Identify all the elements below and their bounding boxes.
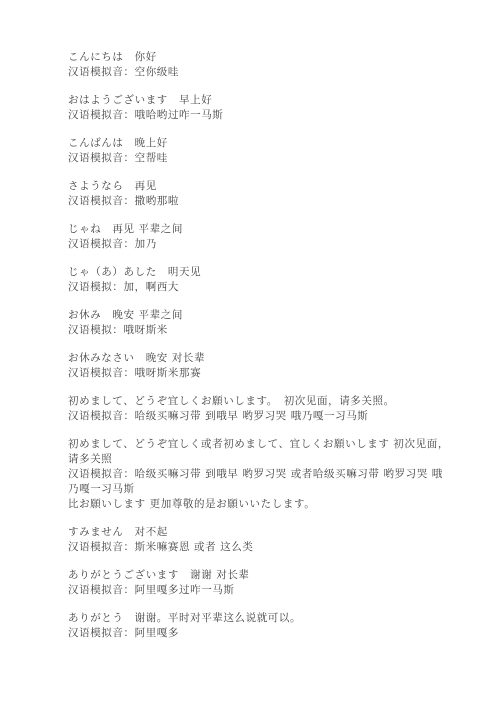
- chinese-pronunciation-line: 汉语模拟：哦呀斯米: [68, 323, 468, 338]
- chinese-pronunciation-line: 汉语模拟音：哈级买嘛习带 到哦早 哟罗习哭 哦乃嘎一习马斯: [68, 409, 468, 424]
- phrase-entry: さようなら 再见 汉语模拟音：撒哟那啦: [68, 179, 468, 209]
- japanese-phrase-line: お休み 晚安 平辈之间: [68, 308, 468, 323]
- chinese-pronunciation-line: 汉语模拟音：撒哟那啦: [68, 194, 468, 209]
- chinese-pronunciation-line: 汉语模拟音：空帮哇: [68, 151, 468, 166]
- phrase-list: こんにちは 你好 汉语模拟音：空你级哇 おはようございます 早上好 汉语模拟音：…: [68, 50, 468, 654]
- japanese-phrase-line: すみません 对不起: [68, 525, 468, 540]
- chinese-pronunciation-line: 汉语模拟音：加乃: [68, 237, 468, 252]
- japanese-phrase-line: おはようございます 早上好: [68, 93, 468, 108]
- phrase-entry: ありがとう 谢谢。平时对平辈这么说就可以。 汉语模拟音：阿里嘎多: [68, 611, 468, 641]
- phrase-entry: こんにちは 你好 汉语模拟音：空你级哇: [68, 50, 468, 80]
- phrase-entry: じゃ（あ）あした 明天见 汉语模拟：加，啊西大: [68, 265, 468, 295]
- phrase-entry: 初めまして、どうぞ宜しく或者初めまして、宜しくお願いします 初次见面， 请多关照…: [68, 437, 468, 512]
- phrase-entry: ありがとうございます 谢谢 对长辈 汉语模拟音：阿里嘎多过咋一马斯: [68, 568, 468, 598]
- chinese-pronunciation-line: 汉语模拟音：阿里嘎多: [68, 626, 468, 641]
- phrase-entry: じゃね 再见 平辈之间 汉语模拟音：加乃: [68, 222, 468, 252]
- document-page: こんにちは 你好 汉语模拟音：空你级哇 おはようございます 早上好 汉语模拟音：…: [0, 0, 500, 708]
- japanese-phrase-line: お休みなさい 晚安 对长辈: [68, 351, 468, 366]
- chinese-pronunciation-line: 汉语模拟：加，啊西大: [68, 280, 468, 295]
- chinese-pronunciation-line: 汉语模拟音：哈级买嘛习带 到哦早 哟罗习哭 或者哈级买嘛习带 哟罗习哭 哦: [68, 467, 468, 482]
- chinese-pronunciation-line: 汉语模拟音：哦呀斯米那赛: [68, 366, 468, 381]
- chinese-pronunciation-line: 汉语模拟音：哦哈哟过咋一马斯: [68, 108, 468, 123]
- japanese-phrase-line: 初めまして、どうぞ宜しくお願いします。 初次见面，请多关照。: [68, 394, 468, 409]
- phrase-entry: こんばんは 晚上好 汉语模拟音：空帮哇: [68, 136, 468, 166]
- chinese-pronunciation-line: 汉语模拟音：阿里嘎多过咋一马斯: [68, 583, 468, 598]
- phrase-entry: 初めまして、どうぞ宜しくお願いします。 初次见面，请多关照。 汉语模拟音：哈级买…: [68, 394, 468, 424]
- japanese-phrase-line: 请多关照: [68, 452, 468, 467]
- phrase-entry: お休みなさい 晚安 对长辈 汉语模拟音：哦呀斯米那赛: [68, 351, 468, 381]
- chinese-pronunciation-line: 汉语模拟音：空你级哇: [68, 65, 468, 80]
- japanese-phrase-line: ありがとうございます 谢谢 对长辈: [68, 568, 468, 583]
- phrase-entry: すみません 对不起 汉语模拟音：斯米嘛赛恩 或者 这么类: [68, 525, 468, 555]
- japanese-phrase-line: じゃ（あ）あした 明天见: [68, 265, 468, 280]
- japanese-phrase-line: じゃね 再见 平辈之间: [68, 222, 468, 237]
- japanese-phrase-line: さようなら 再见: [68, 179, 468, 194]
- japanese-phrase-line: ありがとう 谢谢。平时对平辈这么说就可以。: [68, 611, 468, 626]
- chinese-pronunciation-line: 乃嘎一习马斯: [68, 482, 468, 497]
- chinese-pronunciation-line: 汉语模拟音：斯米嘛赛恩 或者 这么类: [68, 540, 468, 555]
- phrase-entry: お休み 晚安 平辈之间 汉语模拟：哦呀斯米: [68, 308, 468, 338]
- usage-note-line: 比お願いします 更加尊敬的是お願いいたします。: [68, 497, 468, 512]
- japanese-phrase-line: こんばんは 晚上好: [68, 136, 468, 151]
- phrase-entry: おはようございます 早上好 汉语模拟音：哦哈哟过咋一马斯: [68, 93, 468, 123]
- japanese-phrase-line: 初めまして、どうぞ宜しく或者初めまして、宜しくお願いします 初次见面，: [68, 437, 468, 452]
- japanese-phrase-line: こんにちは 你好: [68, 50, 468, 65]
